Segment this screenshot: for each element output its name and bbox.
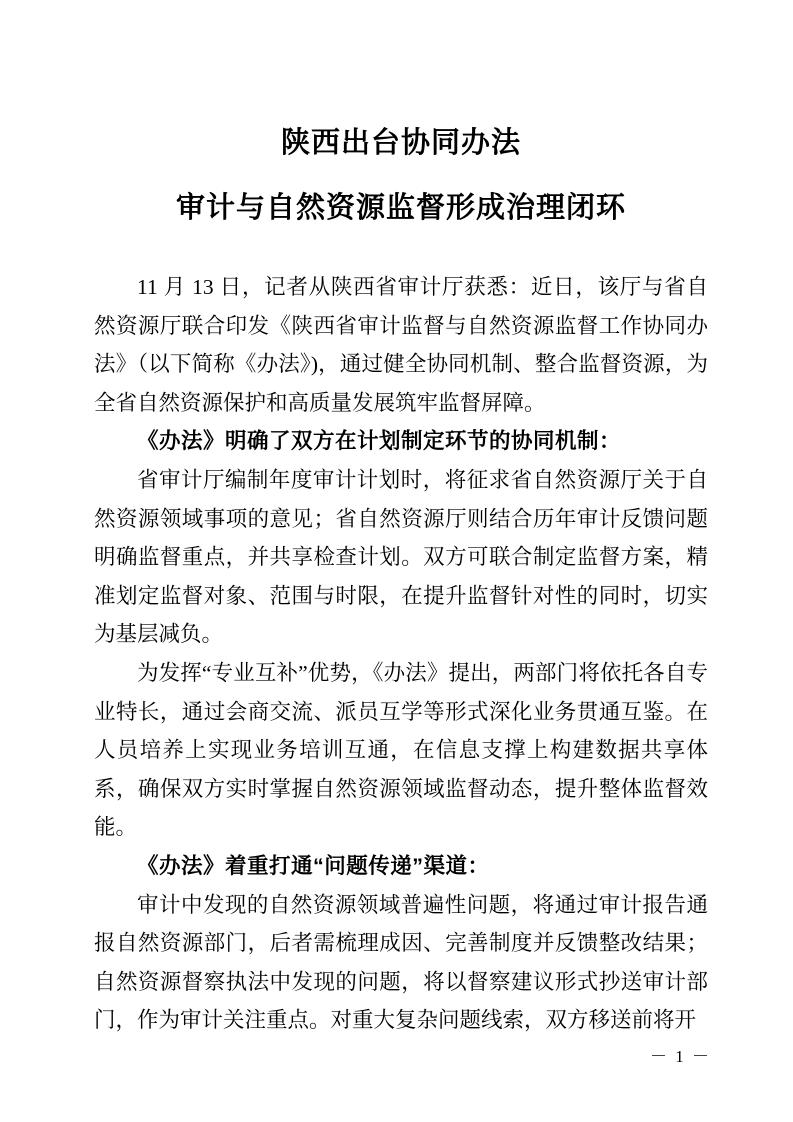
paragraph-problem-detail: 审计中发现的自然资源领域普遍性问题，将通过审计报告通报自然资源部门，后者需梳理成… bbox=[94, 886, 708, 1040]
paragraph-professional-complement: 为发挥“专业互补”优势，《办法》提出，两部门将依托各自专业特长，通过会商交流、派… bbox=[94, 654, 708, 847]
document-page: 陕西出台协同办法 审计与自然资源监督形成治理闭环 11 月 13 日，记者从陕西… bbox=[0, 0, 793, 1122]
section-heading-plan-mechanism: 《办法》明确了双方在计划制定环节的协同机制： bbox=[94, 422, 708, 461]
section-heading-problem-channel: 《办法》着重打通“问题传递”渠道： bbox=[94, 847, 708, 886]
paragraph-plan-detail: 省审计厅编制年度审计计划时，将征求省自然资源厅关于自然资源领域事项的意见；省自然… bbox=[94, 461, 708, 654]
paragraph-intro: 11 月 13 日，记者从陕西省审计厅获悉：近日，该厅与省自然资源厅联合印发《陕… bbox=[94, 268, 708, 422]
document-title-line1: 陕西出台协同办法 bbox=[94, 126, 708, 160]
page-number: － 1 － bbox=[650, 1042, 711, 1067]
document-title-line2: 审计与自然资源监督形成治理闭环 bbox=[94, 191, 708, 225]
document-body: 11 月 13 日，记者从陕西省审计厅获悉：近日，该厅与省自然资源厅联合印发《陕… bbox=[94, 268, 708, 1040]
